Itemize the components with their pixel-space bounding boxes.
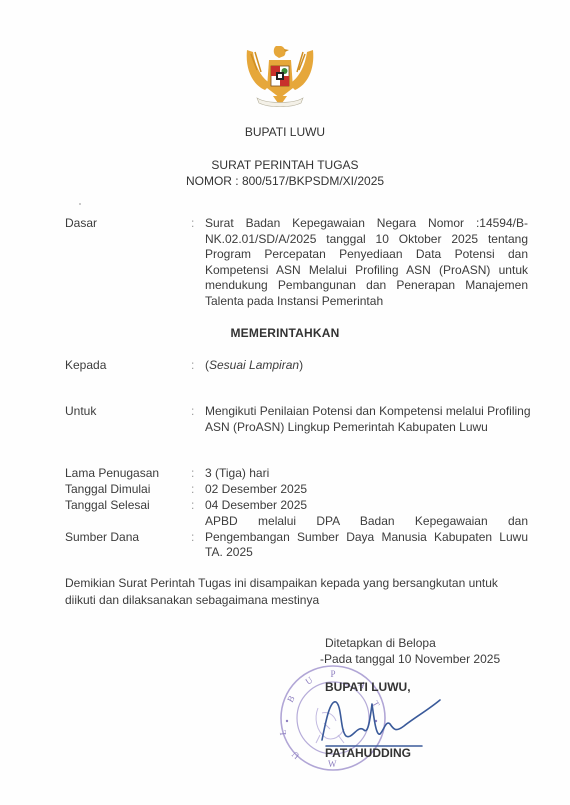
funding-text: APBD melalui DPA Badan Kepegawaian dan P…: [205, 514, 528, 561]
svg-text:B: B: [285, 694, 297, 704]
svg-text:W: W: [328, 759, 337, 769]
funding-colon: :: [191, 530, 194, 546]
purpose-text: Mengikuti Penilaian Potensi dan Kompeten…: [205, 404, 535, 435]
detail-label: Tanggal Selesai: [65, 498, 150, 514]
recipient-label: Kepada: [65, 358, 106, 374]
document-page: BUPATI LUWU SURAT PERINTAH TUGAS NOMOR :…: [0, 0, 570, 805]
svg-text:U: U: [303, 674, 314, 686]
svg-text:U: U: [289, 749, 301, 761]
signatory-name: PATAHUDDING: [325, 746, 411, 760]
garuda-emblem-icon: [243, 40, 317, 112]
detail-label: Tanggal Dimulai: [65, 482, 150, 498]
handwritten-signature-icon: [318, 690, 448, 750]
order-heading: MEMERINTAHKAN: [0, 326, 570, 340]
detail-label: Lama Penugasan: [65, 466, 159, 482]
document-number: NOMOR : 800/517/BKPSDM/XI/2025: [0, 174, 570, 188]
basis-text: Surat Badan Kepegawaian Negara Nomor :14…: [205, 216, 528, 309]
document-title: SURAT PERINTAH TUGAS: [0, 158, 570, 172]
detail-colon: :: [191, 466, 194, 482]
scan-dot: [79, 203, 81, 205]
signing-place: Ditetapkan di Belopa: [325, 636, 436, 650]
funding-label: Sumber Dana: [65, 530, 139, 546]
basis-label: Dasar: [65, 216, 97, 232]
detail-colon: :: [191, 498, 194, 514]
svg-text:L: L: [278, 729, 288, 735]
issuing-authority: BUPATI LUWU: [0, 125, 570, 139]
recipient-colon: :: [191, 358, 194, 374]
svg-text:P: P: [330, 669, 335, 679]
detail-value: 02 Desember 2025: [205, 482, 525, 498]
detail-value: 3 (Tiga) hari: [205, 466, 525, 482]
basis-colon: :: [191, 216, 194, 232]
detail-colon: :: [191, 482, 194, 498]
detail-value: 04 Desember 2025: [205, 498, 525, 514]
purpose-label: Untuk: [65, 404, 96, 420]
funding-row: Sumber Dana : APBD melalui DPA Badan Kep…: [65, 514, 525, 562]
close-paren: ): [299, 358, 303, 372]
purpose-colon: :: [191, 404, 194, 420]
recipient-text: Sesuai Lampiran: [209, 358, 299, 372]
recipient-value: (Sesuai Lampiran): [205, 358, 525, 374]
closing-statement: Demikian Surat Perintah Tugas ini disamp…: [65, 575, 530, 609]
